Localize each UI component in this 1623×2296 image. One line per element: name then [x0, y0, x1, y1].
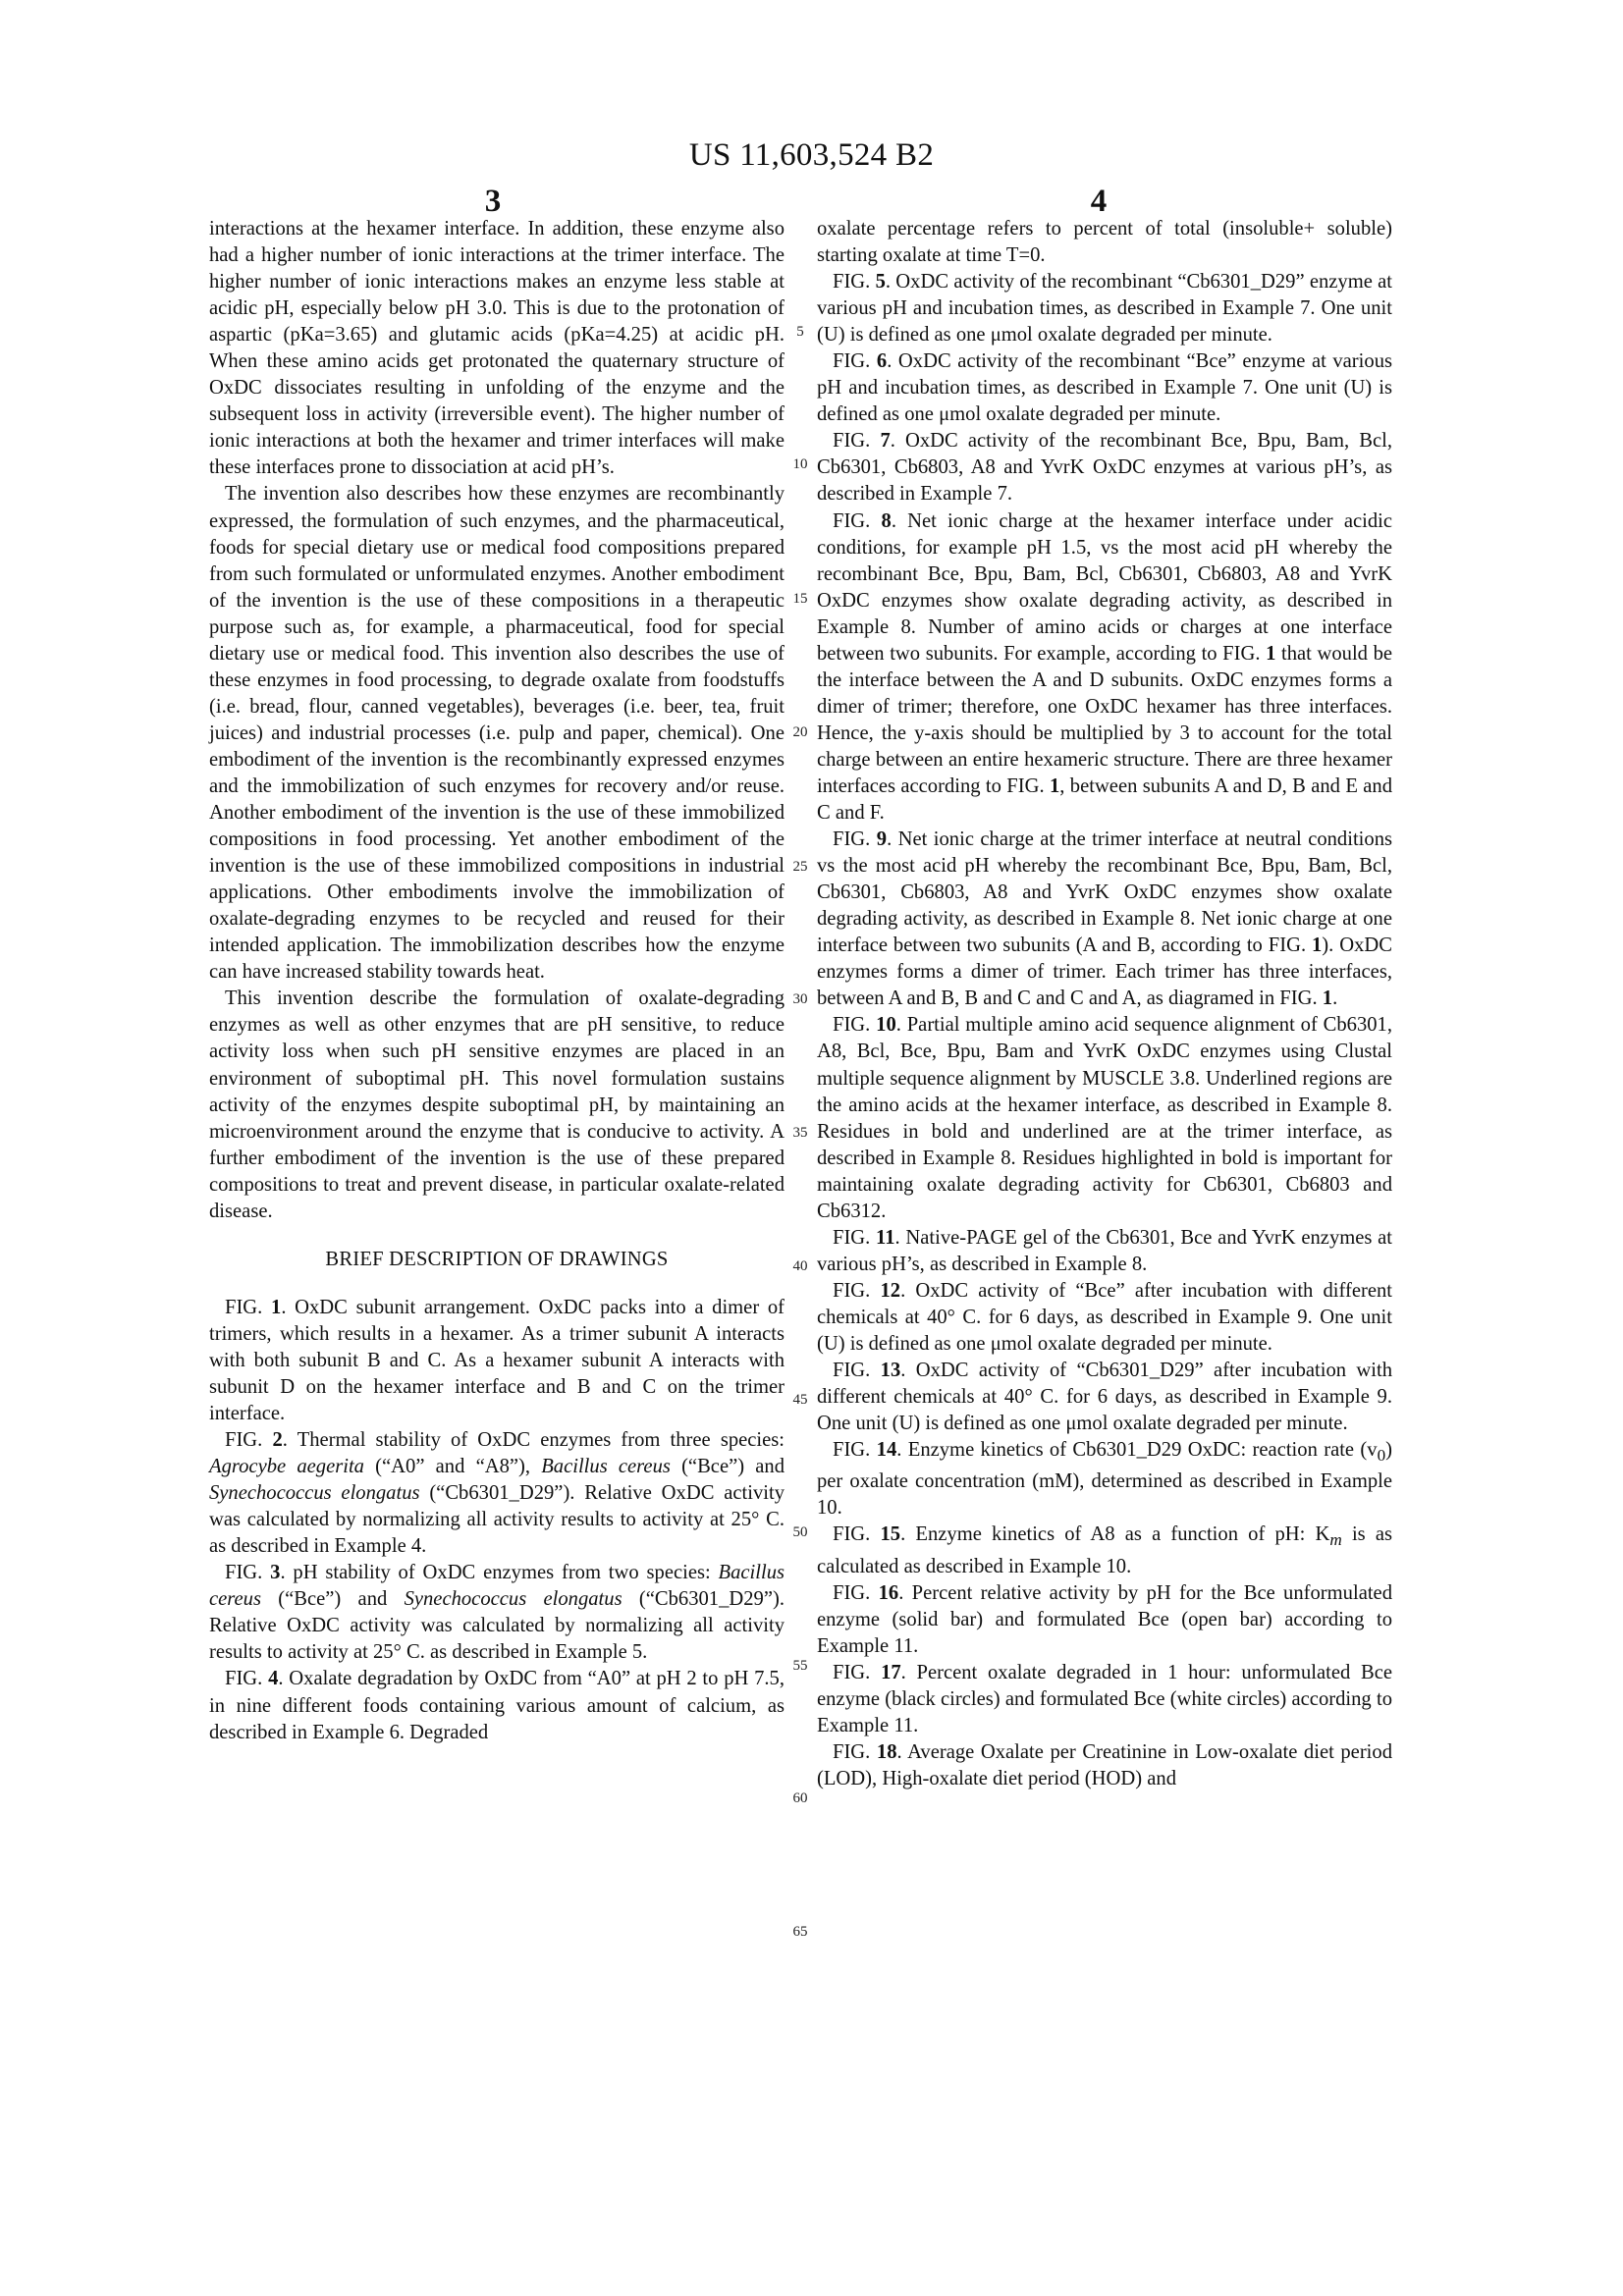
line-number: 15	[783, 591, 818, 608]
line-number: 40	[783, 1258, 818, 1275]
figure-description-4: FIG. 4. Oxalate degradation by OxDC from…	[209, 1666, 784, 1745]
paragraph: The invention also describes how these e…	[209, 481, 784, 986]
figure-description-8: FIG. 8. Net ionic charge at the hexamer …	[817, 508, 1392, 828]
figure-description-10: FIG. 10. Partial multiple amino acid seq…	[817, 1012, 1392, 1224]
line-number: 5	[783, 324, 818, 341]
line-number: 45	[783, 1392, 818, 1409]
figure-description-17: FIG. 17. Percent oxalate degraded in 1 h…	[817, 1660, 1392, 1739]
figure-description-18: FIG. 18. Average Oxalate per Creatinine …	[817, 1739, 1392, 1792]
right-column: oxalate percentage refers to percent of …	[817, 216, 1392, 1792]
line-number: 25	[783, 859, 818, 876]
line-number: 20	[783, 724, 818, 741]
paragraph: This invention describe the formulation …	[209, 986, 784, 1224]
line-number: 55	[783, 1658, 818, 1675]
right-column-number: 4	[1069, 184, 1128, 220]
line-number: 10	[783, 456, 818, 473]
line-number: 30	[783, 991, 818, 1008]
figure-description-15: FIG. 15. Enzyme kinetics of A8 as a func…	[817, 1522, 1392, 1579]
paragraph-continuation: oxalate percentage refers to percent of …	[817, 216, 1392, 269]
section-heading: BRIEF DESCRIPTION OF DRAWINGS	[209, 1247, 784, 1273]
figure-description-5: FIG. 5. OxDC activity of the recombinant…	[817, 269, 1392, 348]
line-number: 60	[783, 1790, 818, 1807]
figure-description-7: FIG. 7. OxDC activity of the recombinant…	[817, 428, 1392, 507]
figure-description-6: FIG. 6. OxDC activity of the recombinant…	[817, 348, 1392, 428]
figure-description-13: FIG. 13. OxDC activity of “Cb6301_D29” a…	[817, 1358, 1392, 1437]
left-column-number: 3	[463, 184, 522, 220]
figure-description-11: FIG. 11. Native-PAGE gel of the Cb6301, …	[817, 1225, 1392, 1278]
figure-description-3: FIG. 3. pH stability of OxDC enzymes fro…	[209, 1560, 784, 1666]
figure-description-2: FIG. 2. Thermal stability of OxDC enzyme…	[209, 1427, 784, 1560]
line-number: 35	[783, 1125, 818, 1142]
figure-description-1: FIG. 1. OxDC subunit arrangement. OxDC p…	[209, 1295, 784, 1427]
figure-description-12: FIG. 12. OxDC activity of “Bce” after in…	[817, 1278, 1392, 1358]
figure-description-14: FIG. 14. Enzyme kinetics of Cb6301_D29 O…	[817, 1437, 1392, 1522]
line-number: 50	[783, 1524, 818, 1541]
left-column: interactions at the hexamer interface. I…	[209, 216, 784, 1746]
line-number-gutter: 5 10 15 20 25 30 35 40 45 50 55 60 65	[783, 0, 818, 2296]
figure-description-16: FIG. 16. Percent relative activity by pH…	[817, 1580, 1392, 1660]
figure-description-9: FIG. 9. Net ionic charge at the trimer i…	[817, 827, 1392, 1012]
line-number: 65	[783, 1924, 818, 1941]
paragraph: interactions at the hexamer interface. I…	[209, 216, 784, 481]
